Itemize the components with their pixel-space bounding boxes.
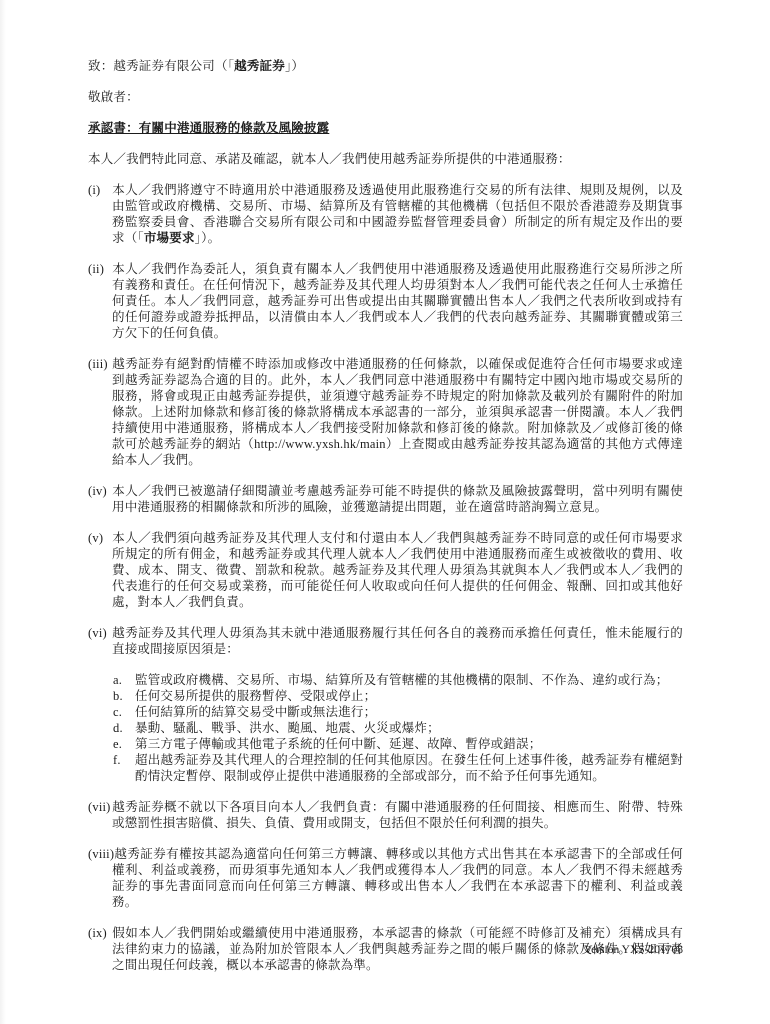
- term-text: 越秀証券概不就以下各項目向本人／我們負責：有關中港通服務的任何間接、相應而生、附…: [112, 800, 683, 830]
- addressee-post: 」）: [285, 59, 304, 73]
- term-bold-market-requirement: 市場要求: [144, 231, 195, 245]
- term-marker: (vi): [88, 625, 112, 641]
- subterm-text: 任何交易所提供的服務暫停、受限或停止；: [135, 689, 376, 703]
- page-edge-shading: [0, 0, 6, 1024]
- term-item-i: (i)本人／我們將遵守不時適用於中港通服務及透過使用此服務進行交易的所有法律、規…: [88, 182, 683, 246]
- subterm-item-f: f.超出越秀証券及其代理人的合理控制的任何其他原因。在發生任何上述事件後，越秀証…: [113, 752, 683, 784]
- addressee-company-bold: 越秀証券: [234, 59, 285, 73]
- term-marker: (vii): [88, 799, 112, 815]
- subterm-item-d: d.暴動、騷亂、戰爭、洪水、颱風、地震、火災或爆炸；: [113, 720, 683, 736]
- subterm-text: 任何結算所的結算交易受中斷或無法進行；: [135, 705, 376, 719]
- subterm-item-b: b.任何交易所提供的服務暫停、受限或停止；: [113, 688, 683, 704]
- term-text: 」）。: [195, 231, 221, 245]
- term-item-iii: (iii)越秀証券有絕對酌情權不時添加或修改中港通服務的任何條款，以確保或促進符…: [88, 356, 683, 468]
- subterm-text: 監管或政府機構、交易所、市場、結算所及有管轄權的其他機構的限制、不作為、違約或行…: [135, 673, 668, 687]
- document-title: 承認書：有關中港通服務的條款及風險披露: [88, 120, 683, 136]
- document-title-text: 承認書：有關中港通服務的條款及風險披露: [88, 121, 329, 135]
- subterm-text: 暴動、騷亂、戰爭、洪水、颱風、地震、火災或爆炸；: [135, 721, 440, 735]
- subterm-marker: c.: [113, 704, 135, 720]
- subterm-item-c: c.任何結算所的結算交易受中斷或無法進行；: [113, 704, 683, 720]
- subterms-list: a.監管或政府機構、交易所、市場、結算所及有管轄權的其他機構的限制、不作為、違約…: [113, 672, 683, 784]
- subterm-item-a: a.監管或政府機構、交易所、市場、結算所及有管轄權的其他機構的限制、不作為、違約…: [113, 672, 683, 688]
- term-marker: (viii): [88, 846, 114, 862]
- document-body: 致：越秀証券有限公司（「越秀証券」） 敬啟者： 承認書：有關中港通服務的條款及風…: [88, 58, 683, 988]
- subterm-marker: b.: [113, 688, 135, 704]
- term-marker: (iii): [88, 356, 112, 372]
- term-marker: (ii): [88, 261, 112, 277]
- term-text: 本人／我們作為委託人，須負責有關本人／我們使用中港通服務及透過使用此服務進行交易…: [112, 262, 683, 340]
- subterm-text: 第三方電子傳輸或其他電子系統的任何中斷、延遲、故障、暫停或錯誤；: [135, 737, 541, 751]
- term-marker: (ix): [88, 925, 112, 941]
- version-label: Version YXS-201708: [584, 942, 683, 958]
- intro-paragraph: 本人／我們特此同意、承諾及確認，就本人／我們使用越秀証券所提供的中港通服務：: [88, 151, 683, 167]
- term-text: 越秀証券及其代理人毋須為其未就中港通服務履行其任何各自的義務而承擔任何責任，惟未…: [112, 626, 683, 656]
- subterm-marker: e.: [113, 736, 135, 752]
- term-text: 越秀証券有權按其認為適當向任何第三方轉讓、轉移或以其他方式出售其在本承認書下的全…: [112, 847, 683, 909]
- terms-list: (i)本人／我們將遵守不時適用於中港通服務及透過使用此服務進行交易的所有法律、規…: [88, 182, 683, 973]
- term-item-viii: (viii)越秀証券有權按其認為適當向任何第三方轉讓、轉移或以其他方式出售其在本…: [88, 846, 683, 910]
- term-item-vii: (vii)越秀証券概不就以下各項目向本人／我們負責：有關中港通服務的任何間接、相…: [88, 799, 683, 831]
- term-text: 本人／我們須向越秀証券及其代理人支付和付還由本人／我們與越秀証券不時同意的或任何…: [112, 531, 683, 609]
- subterm-marker: d.: [113, 720, 135, 736]
- term-item-iv: (iv)本人／我們已被邀請仔細閱讀並考慮越秀証券可能不時提供的條款及風險披露聲明…: [88, 483, 683, 515]
- term-marker: (v): [88, 530, 112, 546]
- term-marker: (iv): [88, 483, 112, 499]
- subterm-marker: a.: [113, 672, 135, 688]
- term-text: 本人／我們已被邀請仔細閱讀並考慮越秀証券可能不時提供的條款及風險披露聲明，當中列…: [112, 484, 683, 514]
- term-item-vi: (vi)越秀証券及其代理人毋須為其未就中港通服務履行其任何各自的義務而承擔任何責…: [88, 625, 683, 784]
- addressee-line: 致：越秀証券有限公司（「越秀証券」）: [88, 58, 683, 74]
- term-marker: (i): [88, 182, 112, 198]
- term-item-v: (v)本人／我們須向越秀証券及其代理人支付和付還由本人／我們與越秀証券不時同意的…: [88, 530, 683, 610]
- salutation: 敬啟者：: [88, 89, 683, 105]
- subterm-marker: f.: [113, 752, 135, 768]
- subterm-item-e: e.第三方電子傳輸或其他電子系統的任何中斷、延遲、故障、暫停或錯誤；: [113, 736, 683, 752]
- term-item-ii: (ii)本人／我們作為委託人，須負責有關本人／我們使用中港通服務及透過使用此服務…: [88, 261, 683, 341]
- addressee-pre: 致：越秀証券有限公司（「: [88, 59, 234, 73]
- term-text: 越秀証券有絕對酌情權不時添加或修改中港通服務的任何條款，以確保或促進符合任何市場…: [112, 357, 683, 467]
- subterm-text: 超出越秀証券及其代理人的合理控制的任何其他原因。在發生任何上述事件後，越秀証券有…: [135, 753, 683, 783]
